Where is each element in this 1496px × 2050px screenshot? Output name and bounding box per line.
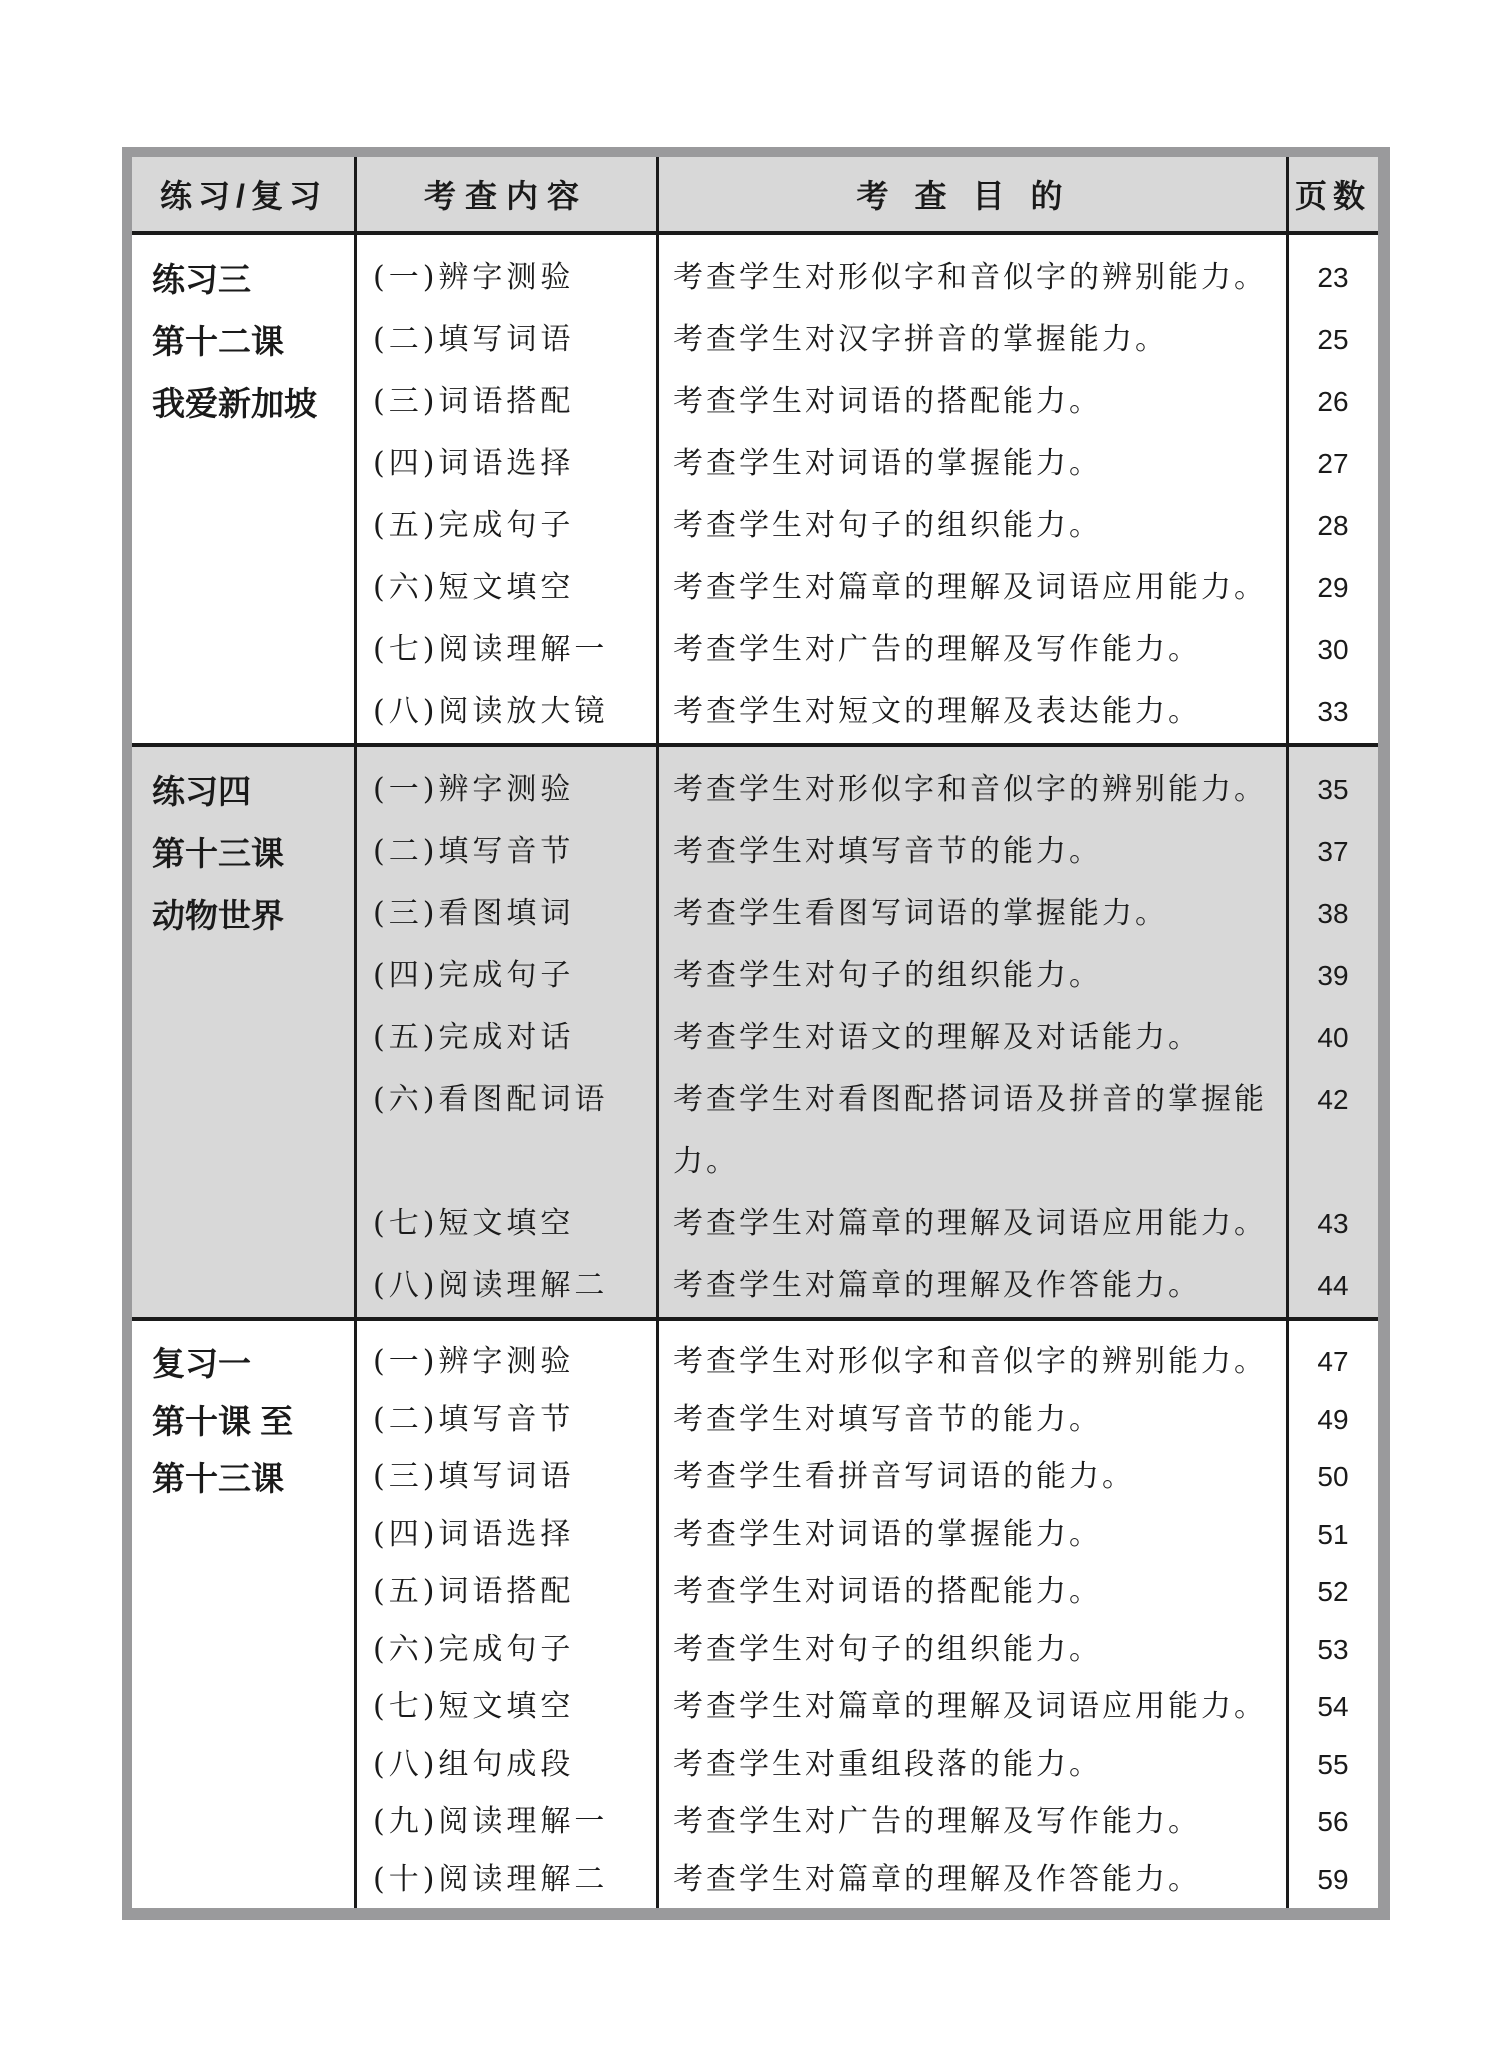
exam-content-cell: (九)阅读理解一 (355, 1793, 657, 1851)
section-title-line: 第十三课 (152, 823, 355, 885)
exam-content-cell: (一)辨字测验 (355, 247, 657, 309)
exam-content-cell: (六)完成句子 (355, 1621, 657, 1679)
page-number-cell: 28 (1288, 495, 1378, 557)
table-row: (三)看图填词考查学生看图写词语的掌握能力。38 (355, 883, 1378, 945)
exam-purpose-cell: 考查学生对广告的理解及写作能力。 (657, 1793, 1288, 1851)
page-number-cell: 33 (1288, 681, 1378, 743)
exam-content-cell: (三)看图填词 (355, 883, 657, 945)
table-row: (二)填写音节考查学生对填写音节的能力。49 (355, 1391, 1378, 1449)
exam-purpose-cell: 考查学生对句子的组织能力。 (657, 945, 1288, 1007)
section-title-line: 动物世界 (152, 885, 355, 947)
table-row: (四)词语选择考查学生对词语的掌握能力。51 (355, 1506, 1378, 1564)
table-row: (二)填写词语考查学生对汉字拼音的掌握能力。25 (355, 309, 1378, 371)
table-row: (八)组句成段考查学生对重组段落的能力。55 (355, 1736, 1378, 1794)
table-section: 复习一第十课 至第十三课(一)辨字测验考查学生对形似字和音似字的辨别能力。47(… (132, 1321, 1378, 1908)
toc-table: 练习/复习 考查内容 考查目的 页数 练习三第十二课我爱新加坡(一)辨字测验考查… (122, 147, 1390, 1920)
table-row: (七)阅读理解一考查学生对广告的理解及写作能力。30 (355, 619, 1378, 681)
exam-purpose-cell: 考查学生对形似字和音似字的辨别能力。 (657, 759, 1288, 821)
exam-content-cell: (八)组句成段 (355, 1736, 657, 1794)
page-number-cell: 53 (1288, 1621, 1378, 1679)
page-number-cell: 54 (1288, 1678, 1378, 1736)
exam-purpose-cell: 考查学生对词语的搭配能力。 (657, 1563, 1288, 1621)
table-row: (五)完成句子考查学生对句子的组织能力。28 (355, 495, 1378, 557)
table-row: (五)完成对话考查学生对语文的理解及对话能力。40 (355, 1007, 1378, 1069)
section-title: 复习一第十课 至第十三课 (132, 1321, 355, 1908)
header-exam-purpose: 考查目的 (657, 171, 1288, 217)
exam-purpose-cell: 考查学生对句子的组织能力。 (657, 1621, 1288, 1679)
exam-purpose-cell: 考查学生对重组段落的能力。 (657, 1736, 1288, 1794)
exam-purpose-cell: 考查学生对词语的掌握能力。 (657, 1506, 1288, 1564)
exam-content-cell: (七)短文填空 (355, 1678, 657, 1736)
exam-content-cell: (十)阅读理解二 (355, 1851, 657, 1909)
section-title-line: 我爱新加坡 (152, 373, 355, 435)
page-number-cell: 42 (1288, 1069, 1378, 1131)
page-number-cell: 25 (1288, 309, 1378, 371)
table-row: (八)阅读放大镜考查学生对短文的理解及表达能力。33 (355, 681, 1378, 743)
column-divider (1286, 157, 1289, 1908)
exam-purpose-cell: 考查学生看拼音写词语的能力。 (657, 1448, 1288, 1506)
page-number-cell: 52 (1288, 1563, 1378, 1621)
page-number-cell: 59 (1288, 1851, 1378, 1909)
exam-content-cell: (八)阅读理解二 (355, 1255, 657, 1317)
table-row: (九)阅读理解一考查学生对广告的理解及写作能力。56 (355, 1793, 1378, 1851)
section-title: 练习三第十二课我爱新加坡 (132, 235, 355, 743)
page-number-cell: 40 (1288, 1007, 1378, 1069)
exam-content-cell: (二)填写词语 (355, 309, 657, 371)
table-row: (七)短文填空考查学生对篇章的理解及词语应用能力。54 (355, 1678, 1378, 1736)
header-exercise-review: 练习/复习 (132, 171, 355, 217)
page-number-cell: 50 (1288, 1448, 1378, 1506)
exam-content-cell: (六)看图配词语 (355, 1069, 657, 1131)
page-number-cell: 56 (1288, 1793, 1378, 1851)
section-title-line: 练习四 (152, 761, 355, 823)
section-title-line: 第十三课 (152, 1450, 355, 1508)
exam-content-cell: (五)词语搭配 (355, 1563, 657, 1621)
toc-table-content: 练习/复习 考查内容 考查目的 页数 练习三第十二课我爱新加坡(一)辨字测验考查… (132, 157, 1378, 1908)
page-number-cell: 23 (1288, 247, 1378, 309)
section-rows: (一)辨字测验考查学生对形似字和音似字的辨别能力。47(二)填写音节考查学生对填… (355, 1321, 1378, 1908)
table-section: 练习三第十二课我爱新加坡(一)辨字测验考查学生对形似字和音似字的辨别能力。23(… (132, 235, 1378, 747)
table-row: (一)辨字测验考查学生对形似字和音似字的辨别能力。47 (355, 1333, 1378, 1391)
exam-content-cell: (二)填写音节 (355, 1391, 657, 1449)
section-rows: (一)辨字测验考查学生对形似字和音似字的辨别能力。23(二)填写词语考查学生对汉… (355, 235, 1378, 743)
exam-content-cell: (五)完成句子 (355, 495, 657, 557)
table-row: (六)短文填空考查学生对篇章的理解及词语应用能力。29 (355, 557, 1378, 619)
page-number-cell: 44 (1288, 1255, 1378, 1317)
page: { "table": { "frame_color": "#9a9a9c", "… (0, 0, 1496, 2050)
header-page-number: 页数 (1288, 171, 1378, 217)
exam-purpose-cell: 考查学生对词语的搭配能力。 (657, 371, 1288, 433)
section-title-line: 练习三 (152, 249, 355, 311)
table-row: (三)词语搭配考查学生对词语的搭配能力。26 (355, 371, 1378, 433)
table-row: (四)完成句子考查学生对句子的组织能力。39 (355, 945, 1378, 1007)
exam-purpose-cell: 考查学生对看图配搭词语及拼音的掌握能力。 (657, 1069, 1288, 1193)
exam-content-cell: (四)词语选择 (355, 433, 657, 495)
column-divider (656, 157, 659, 1908)
section-rows: (一)辨字测验考查学生对形似字和音似字的辨别能力。35(二)填写音节考查学生对填… (355, 747, 1378, 1317)
table-row: (一)辨字测验考查学生对形似字和音似字的辨别能力。23 (355, 247, 1378, 309)
exam-purpose-cell: 考查学生对篇章的理解及作答能力。 (657, 1851, 1288, 1909)
page-number-cell: 35 (1288, 759, 1378, 821)
table-row: (一)辨字测验考查学生对形似字和音似字的辨别能力。35 (355, 759, 1378, 821)
exam-content-cell: (七)短文填空 (355, 1193, 657, 1255)
section-title-line: 第十课 至 (152, 1393, 355, 1451)
section-title: 练习四第十三课动物世界 (132, 747, 355, 1317)
column-divider (354, 157, 357, 1908)
header-exam-content: 考查内容 (355, 171, 657, 217)
page-number-cell: 38 (1288, 883, 1378, 945)
exam-purpose-cell: 考查学生对词语的掌握能力。 (657, 433, 1288, 495)
exam-purpose-cell: 考查学生对形似字和音似字的辨别能力。 (657, 247, 1288, 309)
table-section: 练习四第十三课动物世界(一)辨字测验考查学生对形似字和音似字的辨别能力。35(二… (132, 747, 1378, 1321)
page-number-cell: 29 (1288, 557, 1378, 619)
exam-content-cell: (二)填写音节 (355, 821, 657, 883)
page-number-cell: 39 (1288, 945, 1378, 1007)
exam-purpose-cell: 考查学生对形似字和音似字的辨别能力。 (657, 1333, 1288, 1391)
page-number-cell: 30 (1288, 619, 1378, 681)
page-number-cell: 26 (1288, 371, 1378, 433)
exam-content-cell: (三)填写词语 (355, 1448, 657, 1506)
exam-purpose-cell: 考查学生对短文的理解及表达能力。 (657, 681, 1288, 743)
exam-content-cell: (四)完成句子 (355, 945, 657, 1007)
exam-content-cell: (八)阅读放大镜 (355, 681, 657, 743)
page-number-cell: 47 (1288, 1333, 1378, 1391)
table-row: (五)词语搭配考查学生对词语的搭配能力。52 (355, 1563, 1378, 1621)
exam-content-cell: (一)辨字测验 (355, 1333, 657, 1391)
exam-purpose-cell: 考查学生对广告的理解及写作能力。 (657, 619, 1288, 681)
table-row: (三)填写词语考查学生看拼音写词语的能力。50 (355, 1448, 1378, 1506)
exam-purpose-cell: 考查学生对填写音节的能力。 (657, 821, 1288, 883)
section-title-line: 第十二课 (152, 311, 355, 373)
table-row: (七)短文填空考查学生对篇章的理解及词语应用能力。43 (355, 1193, 1378, 1255)
exam-purpose-cell: 考查学生对篇章的理解及词语应用能力。 (657, 1193, 1288, 1255)
exam-purpose-cell: 考查学生对篇章的理解及词语应用能力。 (657, 557, 1288, 619)
section-title-line: 复习一 (152, 1335, 355, 1393)
exam-content-cell: (一)辨字测验 (355, 759, 657, 821)
exam-purpose-cell: 考查学生对篇章的理解及词语应用能力。 (657, 1678, 1288, 1736)
table-body: 练习三第十二课我爱新加坡(一)辨字测验考查学生对形似字和音似字的辨别能力。23(… (132, 235, 1378, 1908)
page-number-cell: 51 (1288, 1506, 1378, 1564)
exam-purpose-cell: 考查学生对句子的组织能力。 (657, 495, 1288, 557)
table-row: (六)完成句子考查学生对句子的组织能力。53 (355, 1621, 1378, 1679)
table-row: (四)词语选择考查学生对词语的掌握能力。27 (355, 433, 1378, 495)
exam-content-cell: (五)完成对话 (355, 1007, 657, 1069)
page-number-cell: 49 (1288, 1391, 1378, 1449)
exam-purpose-cell: 考查学生对语文的理解及对话能力。 (657, 1007, 1288, 1069)
exam-purpose-cell: 考查学生对填写音节的能力。 (657, 1391, 1288, 1449)
exam-purpose-cell: 考查学生对汉字拼音的掌握能力。 (657, 309, 1288, 371)
exam-content-cell: (七)阅读理解一 (355, 619, 657, 681)
page-number-cell: 27 (1288, 433, 1378, 495)
page-number-cell: 43 (1288, 1193, 1378, 1255)
table-row: (二)填写音节考查学生对填写音节的能力。37 (355, 821, 1378, 883)
exam-content-cell: (四)词语选择 (355, 1506, 657, 1564)
table-row: (六)看图配词语考查学生对看图配搭词语及拼音的掌握能力。42 (355, 1069, 1378, 1193)
table-row: (十)阅读理解二考查学生对篇章的理解及作答能力。59 (355, 1851, 1378, 1909)
page-number-cell: 55 (1288, 1736, 1378, 1794)
page-number-cell: 37 (1288, 821, 1378, 883)
exam-purpose-cell: 考查学生对篇章的理解及作答能力。 (657, 1255, 1288, 1317)
exam-content-cell: (三)词语搭配 (355, 371, 657, 433)
table-row: (八)阅读理解二考查学生对篇章的理解及作答能力。44 (355, 1255, 1378, 1317)
table-header-row: 练习/复习 考查内容 考查目的 页数 (132, 157, 1378, 235)
exam-purpose-cell: 考查学生看图写词语的掌握能力。 (657, 883, 1288, 945)
exam-content-cell: (六)短文填空 (355, 557, 657, 619)
